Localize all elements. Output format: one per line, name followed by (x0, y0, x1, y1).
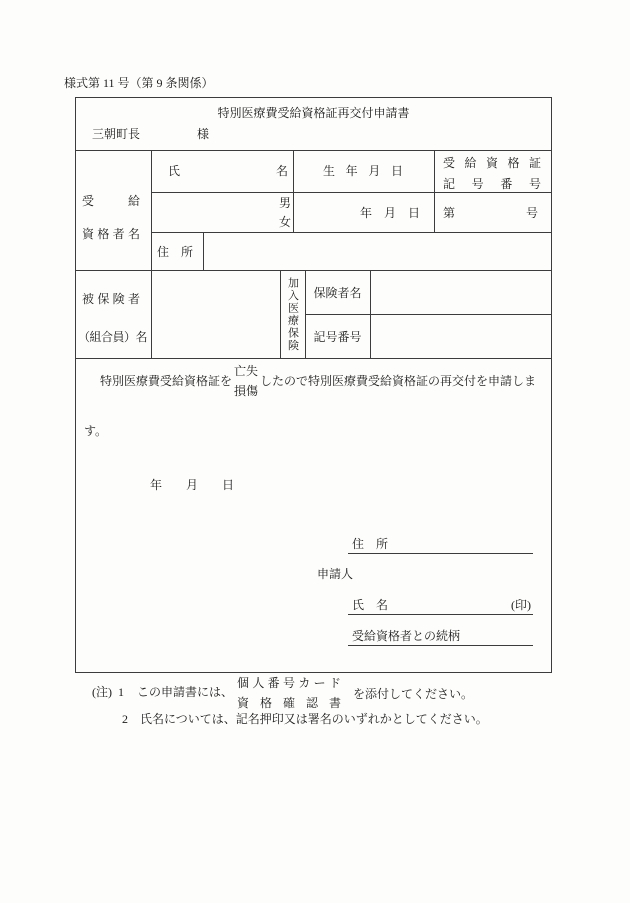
insurance-type-cell: 加入医療保険 (280, 271, 305, 357)
cert-number-header-line1: 受給資格証 (443, 156, 541, 170)
signature-address-line: 住 所 (348, 537, 533, 554)
statement-prefix: 特別医療費受給資格証を (100, 374, 232, 388)
note1-suffix: を添付してください。 (353, 687, 473, 701)
note2-text: 氏名については、記名押印又は署名のいずれかとしてください。 (140, 712, 488, 726)
cert-number-value: 第 号 (443, 206, 538, 220)
note1-option-mynumber-card: 個人番号カード (237, 676, 341, 690)
note1-prefix: この申請書には、 (137, 685, 233, 699)
note2-number: 2 (122, 712, 128, 726)
recipient-row-label-line1: 受 給 (82, 194, 140, 208)
insured-row-label-line2: （組合員）名 (78, 330, 147, 344)
insurance-type-label: 加入医療保険 (287, 277, 299, 352)
name-column-header: 氏 名 (168, 164, 288, 178)
birthdate-value: 年 月 日 (330, 206, 420, 220)
insurer-name-value-cell (371, 271, 551, 313)
recipient-row-label-line2: 資格者名 (82, 227, 140, 241)
address-label: 住 所 (157, 245, 193, 259)
statement-reason-lost: 亡失 (234, 361, 258, 381)
note-mark: (注) (92, 685, 112, 699)
cert-number-header-line2: 記号番号 (443, 177, 541, 191)
note1-option-eligibility-cert: 資格確認書 (237, 696, 341, 710)
grid-line (293, 150, 294, 232)
signature-relation-line: 受給資格者との続柄 (348, 629, 533, 646)
grid-line (305, 270, 306, 358)
statement-continuation: す。 (84, 424, 107, 438)
address-value-cell (204, 233, 551, 269)
grid-line (75, 150, 552, 151)
statement-reason-options: 亡失 損傷 (234, 361, 258, 401)
form-page: 様式第 11 号（第 9 条関係） 特別医療費受給資格証再交付申請書 三朝町長 … (0, 0, 630, 903)
addressee-honorific: 様 (197, 127, 209, 141)
note1-number: 1 (118, 685, 124, 699)
addressee: 三朝町長 (92, 127, 140, 141)
application-date: 年 月 日 (150, 478, 234, 492)
seal-mark: (印) (511, 598, 531, 612)
form-number: 様式第 11 号（第 9 条関係） (64, 76, 214, 90)
insured-row-label-line1: 被保険者 (82, 292, 140, 306)
sex-female-label: 女 (271, 215, 291, 229)
symbol-number-value-cell (371, 315, 551, 357)
signature-relation-label: 受給資格者との続柄 (352, 629, 460, 643)
applicant-label: 申請人 (317, 567, 353, 581)
sex-male-label: 男 (271, 196, 291, 210)
statement-reason-damaged: 損傷 (234, 381, 258, 401)
birthdate-column-header: 生年月日 (323, 164, 403, 178)
insurer-name-label: 保険者名 (305, 286, 370, 300)
signature-name-line: 氏 名 (印) (348, 598, 533, 615)
grid-line (75, 358, 552, 359)
grid-line (434, 150, 435, 232)
insured-name-value-cell (152, 271, 280, 357)
statement-line: 特別医療費受給資格証を 亡失 損傷 したので特別医療費受給資格証の再交付を申請し… (100, 361, 536, 401)
symbol-number-label: 記号番号 (305, 330, 370, 344)
statement-suffix: したので特別医療費受給資格証の再交付を申請しま (260, 374, 536, 388)
form-title: 特別医療費受給資格証再交付申請書 (75, 106, 552, 120)
signature-name-label: 氏 名 (352, 598, 388, 612)
signature-address-label: 住 所 (352, 537, 388, 551)
